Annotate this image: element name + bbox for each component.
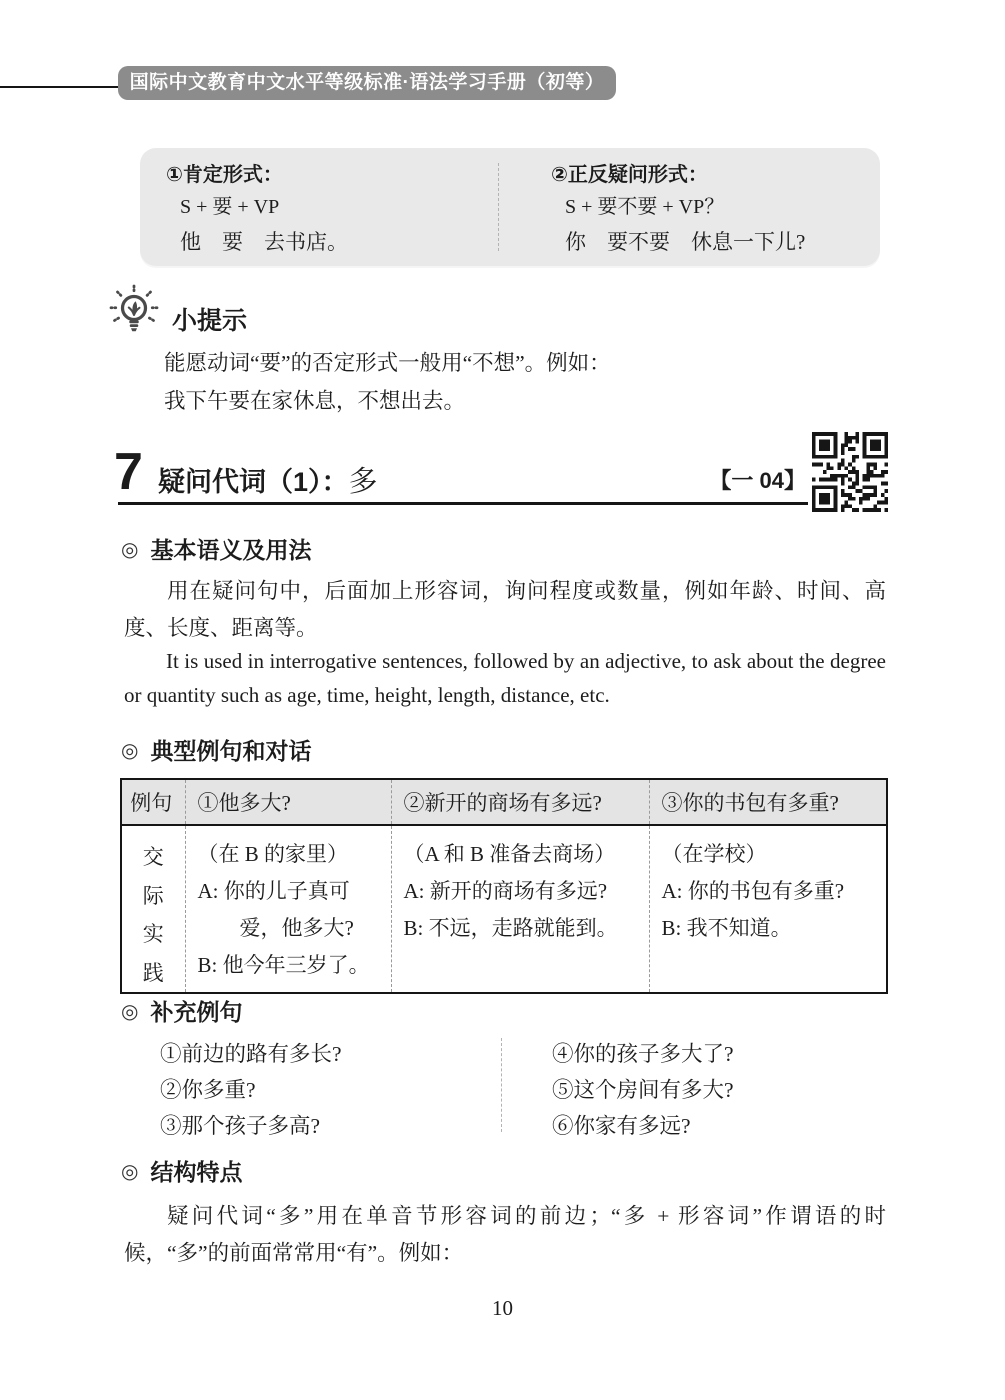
- section-underline: [118, 502, 808, 505]
- header-cell-example-1: ①他多大?: [185, 779, 391, 825]
- form-example: 你 要不要 休息一下儿?: [565, 226, 880, 258]
- supplement-divider: [501, 1038, 502, 1132]
- tip-body: 能愿动词“要”的否定形式一般用“不想”。例如： 我下午要在家休息，不想出去。: [164, 344, 764, 420]
- forms-box: ①肯定形式： S + 要 + VP 他 要 去书店。 ②正反疑问形式： S + …: [140, 148, 880, 266]
- subhead-supplement: ◎补充例句: [121, 994, 242, 1027]
- ring-marker-icon: ◎: [121, 539, 138, 561]
- header-rule: [0, 86, 120, 88]
- form-pattern: S + 要不要 + VP？: [565, 192, 880, 222]
- subhead-label: 补充例句: [150, 999, 242, 1025]
- lightbulb-icon: [104, 284, 164, 344]
- affirmative-form-column: ①肯定形式： S + 要 + VP 他 要 去书店。: [140, 148, 498, 266]
- running-header: 国际中文教育中文水平等级标准·语法学习手册（初等）: [118, 66, 616, 100]
- subhead-label: 结构特点: [150, 1159, 242, 1185]
- semantics-paragraph-zh: 用在疑问句中，后面加上形容词，询问程度或数量，例如年龄、时间、高度、长度、距离等…: [124, 573, 886, 647]
- supplement-list-right: ④你的孩子多大了? ⑤这个房间有多大? ⑥你家有多远?: [552, 1036, 734, 1144]
- semantics-paragraph-en: It is used in interrogative sentences, f…: [124, 644, 886, 712]
- page-number: 10: [0, 1296, 1005, 1321]
- dialogue-cell-2: （A 和 B 准备去商场） A: 新开的商场有多远? B: 不远，走路就能到。: [391, 825, 649, 993]
- form-pattern: S + 要 + VP: [180, 192, 498, 222]
- section-number: 7: [114, 444, 143, 500]
- form-title: ②正反疑问形式：: [551, 161, 880, 189]
- dialogue-cell-1: （在 B 的家里） A: 你的儿子真可 爱，他多大? B: 他今年三岁了。: [185, 825, 391, 993]
- ring-marker-icon: ◎: [121, 1161, 138, 1183]
- table-row: 交 际 实 践 （在 B 的家里） A: 你的儿子真可 爱，他多大? B: 他今…: [121, 825, 887, 993]
- book-page: 国际中文教育中文水平等级标准·语法学习手册（初等） ①肯定形式： S + 要 +…: [0, 0, 1005, 1400]
- ring-marker-icon: ◎: [121, 740, 138, 762]
- form-example: 他 要 去书店。: [180, 226, 498, 258]
- subhead-structure: ◎结构特点: [121, 1154, 242, 1187]
- supplement-list-left: ①前边的路有多长? ②你多重? ③那个孩子多高?: [160, 1036, 342, 1144]
- examples-table: 例句 ①他多大? ②新开的商场有多远? ③你的书包有多重? 交 际 实 践 （在…: [120, 778, 888, 994]
- qr-code: [812, 432, 888, 512]
- subhead-label: 基本语义及用法: [150, 537, 311, 563]
- table-header-row: 例句 ①他多大? ②新开的商场有多远? ③你的书包有多重?: [121, 779, 887, 825]
- subhead-semantics: ◎基本语义及用法: [121, 532, 311, 565]
- question-form-column: ②正反疑问形式： S + 要不要 + VP？ 你 要不要 休息一下儿?: [499, 148, 880, 266]
- header-cell-example-3: ③你的书包有多重?: [649, 779, 887, 825]
- section-title-word: 多: [349, 466, 378, 498]
- ring-marker-icon: ◎: [121, 1001, 138, 1023]
- header-cell-label: 例句: [121, 779, 185, 825]
- header-cell-example-2: ②新开的商场有多远?: [391, 779, 649, 825]
- form-title: ①肯定形式：: [166, 161, 498, 189]
- structure-paragraph: 疑问代词“多”用在单音节形容词的前边；“多 + 形容词”作谓语的时候，“多”的前…: [124, 1198, 886, 1272]
- subhead-examples: ◎典型例句和对话: [121, 733, 311, 766]
- subhead-label: 典型例句和对话: [150, 738, 311, 764]
- dialogue-cell-3: （在学校） A: 你的书包有多重? B: 我不知道。: [649, 825, 887, 993]
- section-title-main: 疑问代词（1）：: [158, 467, 349, 497]
- tip-title: 小提示: [172, 301, 247, 337]
- row-label-practice: 交 际 实 践: [121, 825, 185, 993]
- section-title: 疑问代词（1）：多: [158, 459, 378, 500]
- level-tag: 【一 04】: [709, 464, 806, 495]
